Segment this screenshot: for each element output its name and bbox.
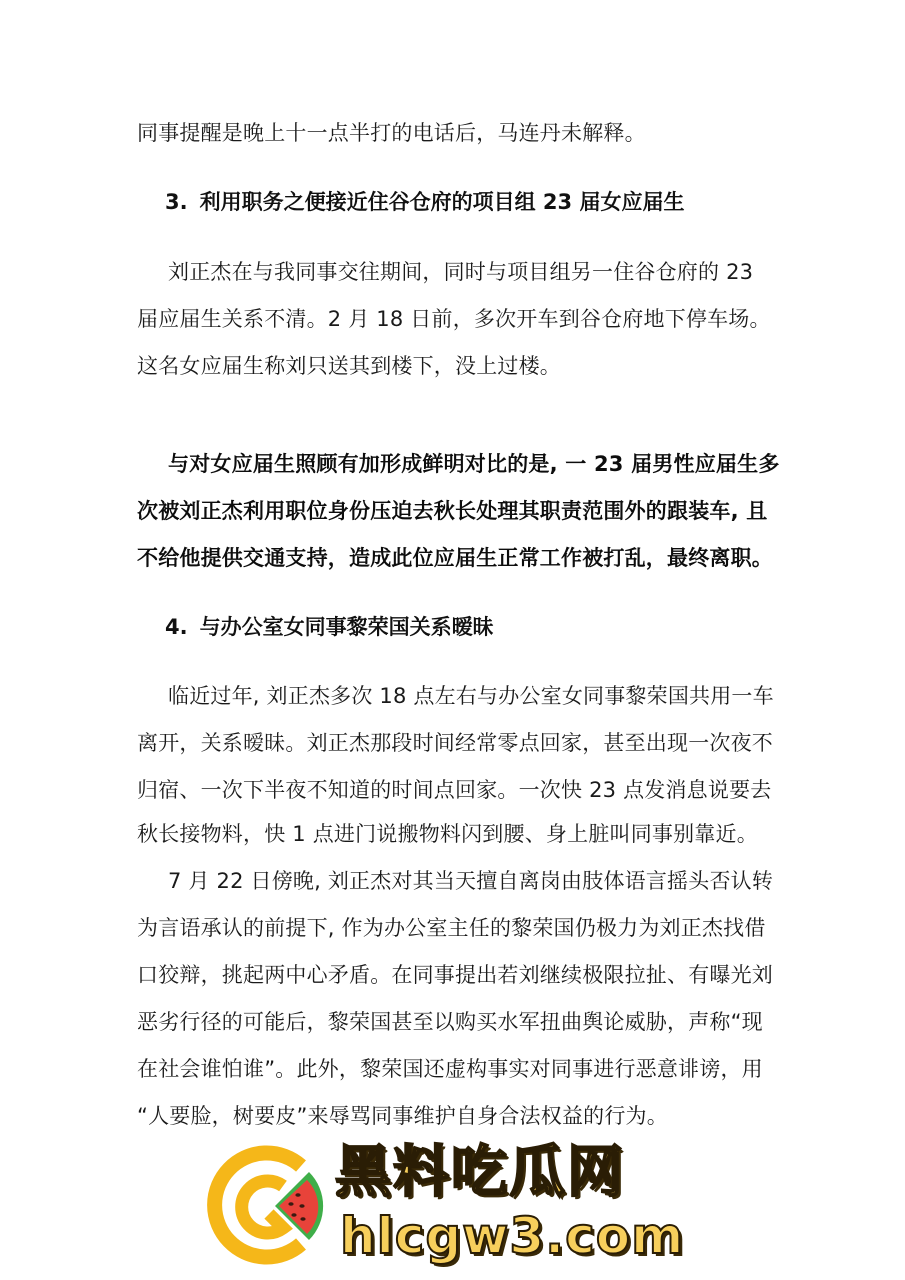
bold-paragraph-line: 不给他提供交通支持，造成此位应届生正常工作被打乱，最终离职。: [137, 544, 777, 572]
paragraph-line: 7 月 22 日傍晚, 刘正杰对其当天擅自离岗由肢体语言摇头否认转: [168, 867, 808, 895]
section-3-number: 3.: [165, 190, 188, 214]
continuation-line: 同事提醒是晚上十一点半打的电话后，马连丹未解释。: [137, 119, 777, 147]
section-3-heading: 3.利用职务之便接近住谷仓府的项目组 23 届女应届生: [165, 188, 684, 216]
paragraph-line: 届应届生关系不清。2 月 18 日前，多次开车到谷仓府地下停车场。: [137, 305, 777, 333]
paragraph-line: 临近过年, 刘正杰多次 18 点左右与办公室女同事黎荣国共用一车: [168, 682, 808, 710]
paragraph-line: 为言语承认的前提下, 作为办公室主任的黎荣国仍极力为刘正杰找借: [137, 914, 777, 942]
watermelon-c-logo-icon: [203, 1142, 329, 1268]
paragraph-line: “人要脸，树要皮”来辱骂同事维护自身合法权益的行为。: [137, 1102, 777, 1130]
paragraph-line: 这名女应届生称刘只送其到楼下，没上过楼。: [137, 352, 777, 380]
paragraph-line: 恶劣行径的可能后，黎荣国甚至以购买水军扭曲舆论威胁，声称“现: [137, 1008, 777, 1036]
paragraph-line: 口狡辩，挑起两中心矛盾。在同事提出若刘继续极限拉扯、有曝光刘: [137, 961, 777, 989]
paragraph-line: 离开，关系暧昧。刘正杰那段时间经常零点回家，甚至出现一次夜不: [137, 729, 777, 757]
site-watermark: 黑料吃瓜网 hlcgw3.com: [203, 1140, 643, 1270]
document-page: 同事提醒是晚上十一点半打的电话后，马连丹未解释。 3.利用职务之便接近住谷仓府的…: [0, 0, 905, 1280]
watermark-url: hlcgw3.com: [340, 1206, 684, 1266]
paragraph-line: 在社会谁怕谁”。此外，黎荣国还虚构事实对同事进行恶意诽谤，用: [137, 1055, 777, 1083]
paragraph-line: 归宿、一次下半夜不知道的时间点回家。一次快 23 点发消息说要去: [137, 776, 777, 804]
paragraph-line: 秋长接物料，快 1 点进门说搬物料闪到腰、身上脏叫同事别靠近。: [137, 820, 777, 848]
section-4-number: 4.: [165, 615, 188, 639]
bold-paragraph-line: 与对女应届生照顾有加形成鲜明对比的是, 一 23 届男性应届生多: [168, 450, 808, 478]
watermark-title: 黑料吃瓜网: [335, 1140, 625, 1206]
bold-paragraph-line: 次被刘正杰利用职位身份压迫去秋长处理其职责范围外的跟装车, 且: [137, 497, 777, 525]
section-4-title: 与办公室女同事黎荣国关系暧昧: [200, 615, 494, 639]
section-4-heading: 4.与办公室女同事黎荣国关系暧昧: [165, 613, 494, 641]
section-3-title: 利用职务之便接近住谷仓府的项目组 23 届女应届生: [200, 190, 685, 214]
paragraph-line: 刘正杰在与我同事交往期间，同时与项目组另一住谷仓府的 23: [168, 258, 808, 286]
